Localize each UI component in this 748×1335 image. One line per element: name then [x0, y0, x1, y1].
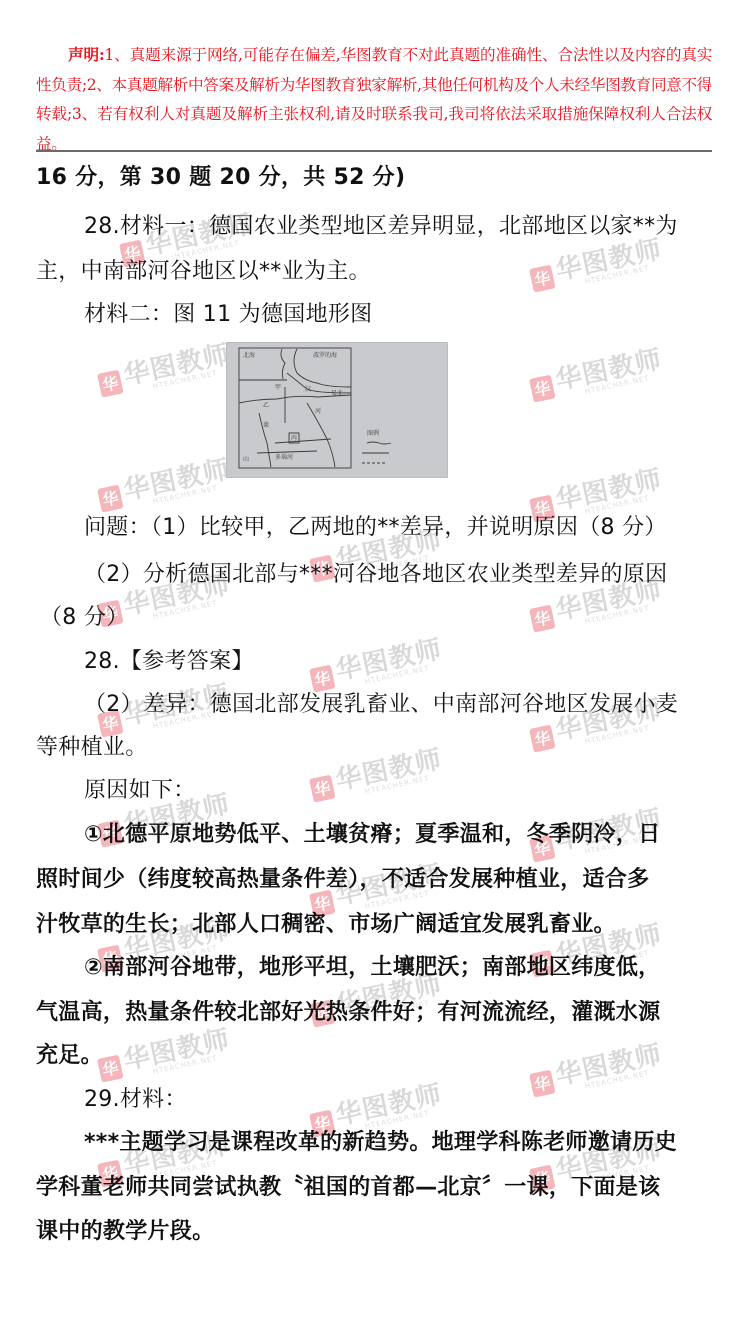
- watermark: 华华图教师HTEACHER.NET: [528, 1041, 666, 1101]
- answer28-reason1-line2: 照时间少（纬度较高热量条件差），不适合发展种植业，适合多: [36, 865, 649, 895]
- header-divider: [36, 150, 712, 152]
- q28-material1-line1: 28.材料一：德国农业类型地区差异明显，北部地区以家**为: [84, 212, 678, 242]
- score-line: 16 分，第 30 题 20 分，共 52 分): [36, 163, 405, 193]
- disclaimer-lead: 声明:: [68, 45, 104, 64]
- svg-text:图例: 图例: [367, 429, 379, 437]
- svg-text:河: 河: [315, 407, 321, 415]
- watermark: 华华图教师HTEACHER.NET: [308, 746, 446, 806]
- watermark: 华华图教师HTEACHER.NET: [96, 456, 234, 516]
- q28-question1: 问题：（1）比较甲，乙两地的**差异，并说明原因（8 分）: [84, 513, 667, 543]
- watermark-logo-icon: 华: [309, 664, 336, 692]
- disclaimer: 声明:1、真题来源于网络,可能存在偏差,华图教育不对此真题的准确性、合法性以及内…: [36, 40, 712, 159]
- watermark-logo-icon: 华: [97, 484, 124, 512]
- q29-line2: 学科董老师共同尝试执教〝祖国的首都—北京〞一课，下面是该: [36, 1173, 660, 1203]
- answer28-reason1-line1: ①北德平原地势低平、土壤贫瘠；夏季温和，冬季阴冷，日: [84, 820, 660, 850]
- watermark: 华华图教师HTEACHER.NET: [528, 236, 666, 296]
- answer28-diff-line2: 等种植业。: [36, 733, 148, 763]
- watermark-logo-icon: 华: [529, 374, 556, 402]
- answer28-diff-line1: （2）差异：德国北部发展乳畜业、中南部河谷地区发展小麦: [84, 690, 678, 720]
- watermark: 华华图教师HTEACHER.NET: [96, 341, 234, 401]
- watermark-logo-icon: 华: [529, 724, 556, 752]
- answer28-reason2-line1: ②南部河谷地带，地形平坦，土壤肥沃；南部地区纬度低，: [84, 953, 660, 983]
- svg-text:山: 山: [243, 455, 249, 463]
- svg-text:乙: 乙: [263, 402, 269, 409]
- disclaimer-body: 1、真题来源于网络,可能存在偏差,华图教育不对此真题的准确性、合法性以及内容的真…: [36, 46, 712, 153]
- q28-question2-line2: （8 分）: [40, 603, 129, 633]
- q28-material2: 材料二：图 11 为德国地形图: [84, 300, 372, 330]
- watermark: 华华图教师HTEACHER.NET: [528, 346, 666, 406]
- watermark: 华华图教师HTEACHER.NET: [96, 1026, 234, 1086]
- svg-text:北海: 北海: [243, 351, 255, 359]
- q29-heading: 29.材料：: [84, 1085, 187, 1115]
- answer28-reason1-line3: 汁牧草的生长；北部人口稠密、市场广阔适宜发展乳畜业。: [36, 910, 616, 940]
- watermark-logo-icon: 华: [529, 604, 556, 632]
- answer28-reasons-heading: 原因如下：: [84, 776, 196, 806]
- q28-material1-line2: 主，中南部河谷地区以**业为主。: [36, 257, 371, 287]
- answer28-heading: 28.【参考答案】: [84, 647, 254, 677]
- q28-question2-line1: （2）分析德国北部与***河谷地各地区农业类型差异的原因: [84, 560, 667, 590]
- watermark-logo-icon: 华: [309, 774, 336, 802]
- q29-line3: 课中的教学片段。: [36, 1217, 214, 1247]
- svg-text:莱: 莱: [263, 421, 269, 429]
- svg-text:甲: 甲: [275, 383, 281, 391]
- svg-text:易北: 易北: [331, 389, 343, 397]
- watermark-logo-icon: 华: [97, 369, 124, 397]
- svg-text:多瑙河: 多瑙河: [275, 453, 293, 461]
- svg-text:汉: 汉: [305, 385, 311, 393]
- svg-text:丙: 丙: [291, 435, 297, 442]
- svg-text:波罗的海: 波罗的海: [313, 351, 337, 359]
- watermark-logo-icon: 华: [529, 264, 556, 292]
- answer28-reason2-line2: 气温高，热量条件较北部好光热条件好；有河流流经，灌溉水源: [36, 998, 660, 1028]
- q29-line1: ***主题学习是课程改革的新趋势。地理学科陈老师邀请历史: [84, 1128, 677, 1158]
- hand-drawn-map-sketch: 北海 波罗的海 甲 汉 易北 乙 莱 丙 河 多瑙河 山 图例: [227, 343, 447, 477]
- germany-terrain-map-figure: 北海 波罗的海 甲 汉 易北 乙 莱 丙 河 多瑙河 山 图例: [226, 342, 448, 478]
- watermark: 华华图教师HTEACHER.NET: [308, 636, 446, 696]
- answer28-reason2-line3: 充足。: [36, 1041, 103, 1071]
- watermark-logo-icon: 华: [529, 1069, 556, 1097]
